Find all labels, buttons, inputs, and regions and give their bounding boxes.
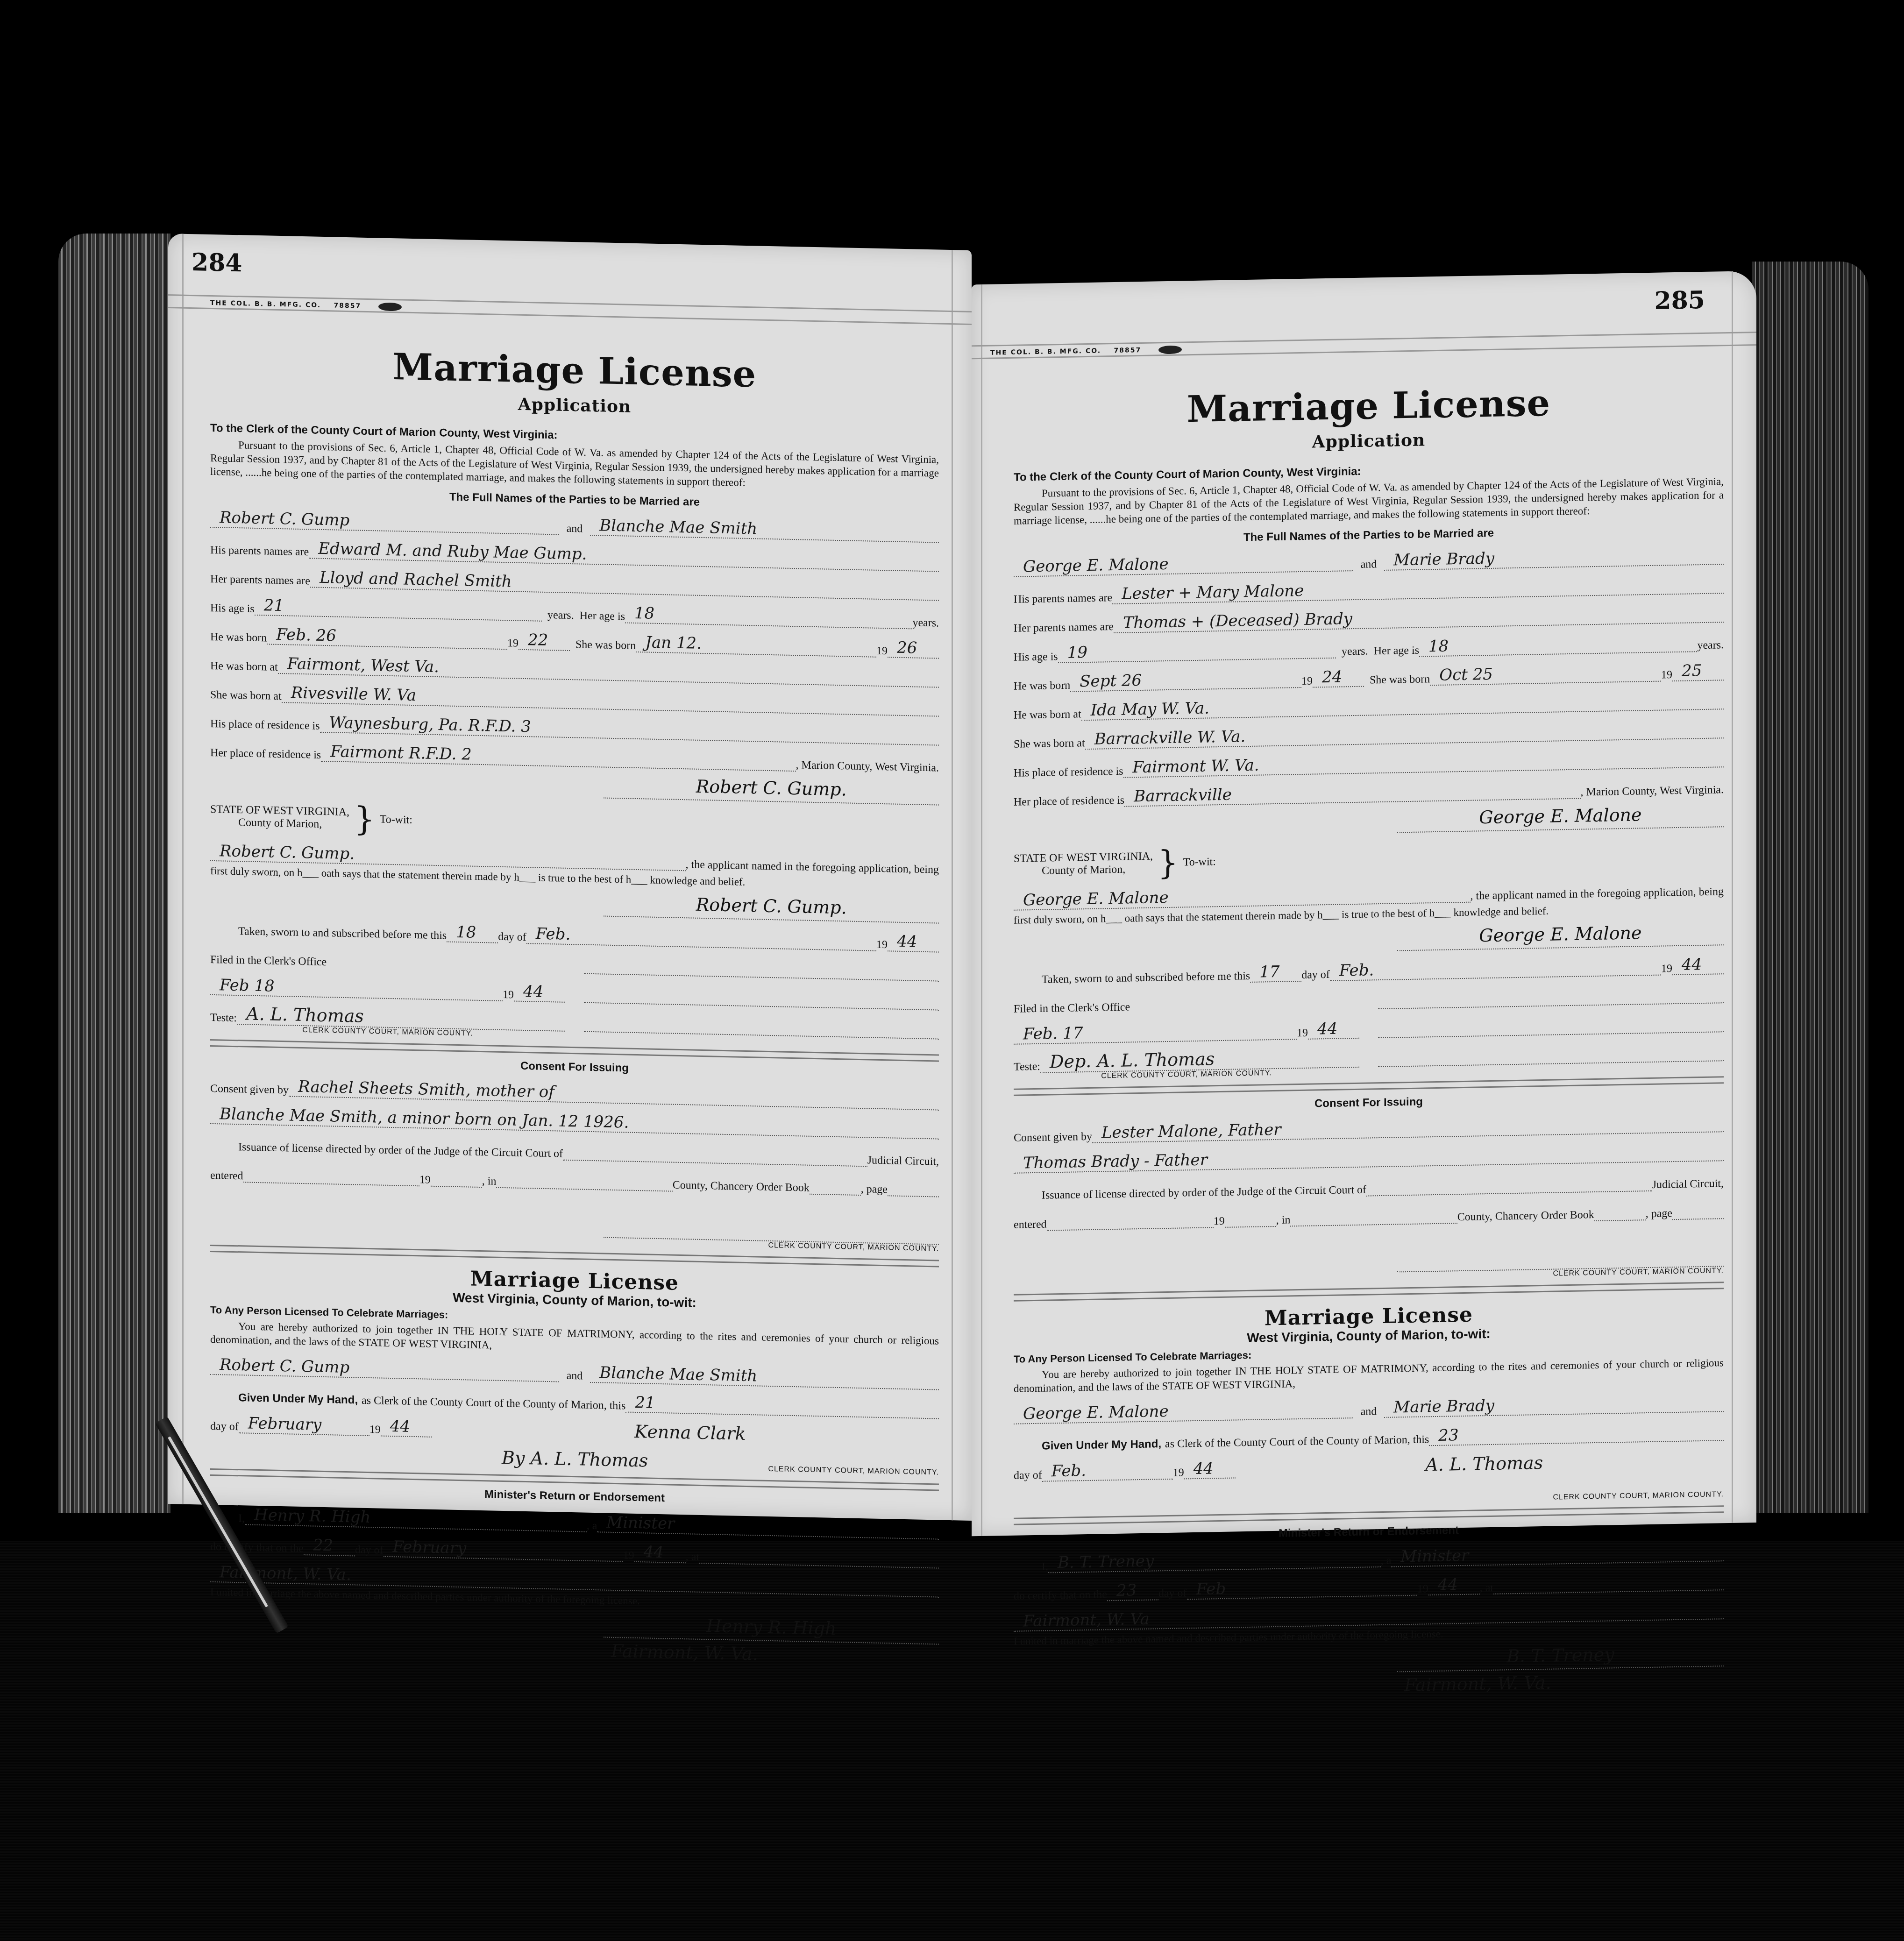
sworn-signature[interactable]: Robert C. Gump. xyxy=(604,893,939,924)
county-field[interactable] xyxy=(1290,1206,1457,1226)
year-prefix: 19 xyxy=(876,939,888,952)
book-field[interactable] xyxy=(810,1177,861,1196)
consent-row: Consent given by Lester Malone, Father xyxy=(1014,1110,1724,1145)
clerk-signature[interactable]: Kenna Clark xyxy=(432,1417,939,1448)
years-label: years. xyxy=(1342,645,1368,659)
entered-year-field[interactable] xyxy=(1225,1209,1276,1228)
county-label: County of Marion, xyxy=(238,816,349,831)
union-seal-icon xyxy=(1158,345,1182,354)
groom-name-field[interactable]: Robert C. Gump xyxy=(210,508,559,535)
taken-day-field[interactable]: 17 xyxy=(1250,962,1301,983)
his-residence-row: His place of residence is Fairmont W. Va… xyxy=(1014,745,1724,780)
year-prefix: 19 xyxy=(369,1424,381,1437)
his-parents-field[interactable]: Lester + Mary Malone xyxy=(1112,574,1724,604)
form-number: 78857 xyxy=(1114,347,1142,354)
county-suffix: , Marion County, West Virginia. xyxy=(796,759,939,774)
filed-date-row: Feb. 17 19 44 xyxy=(1014,1016,1359,1045)
taken-day-field[interactable]: 18 xyxy=(447,922,498,943)
teste-label: Teste: xyxy=(210,1012,237,1025)
he-born-date-field[interactable]: Feb. 26 xyxy=(267,625,507,650)
and-label: and xyxy=(567,1370,583,1383)
to-wit-label: To-wit: xyxy=(1183,856,1216,869)
margin-rule xyxy=(182,234,184,1504)
license-groom-field[interactable]: George E. Malone xyxy=(1014,1399,1353,1424)
day-of-label: day of xyxy=(1158,1587,1187,1600)
his-parents-row: His parents names are Lester + Mary Malo… xyxy=(1014,571,1724,606)
married-year-field[interactable]: 44 xyxy=(634,1543,686,1563)
license-parties-row: George E. Malone and Marie Brady xyxy=(1014,1389,1724,1424)
blank-line xyxy=(584,955,939,982)
entered-field[interactable] xyxy=(243,1165,419,1186)
license-bride-field[interactable]: Marie Brady xyxy=(1384,1392,1724,1418)
form-content: Marriage License Application To the Cler… xyxy=(210,342,939,1668)
his-residence-field[interactable]: Fairmont W. Va. xyxy=(1123,748,1724,778)
she-born-at-label: She was born at xyxy=(210,689,282,703)
license-bride-field[interactable]: Blanche Mae Smith xyxy=(590,1363,939,1390)
consent-label: Consent given by xyxy=(1014,1131,1092,1145)
form-title: Marriage License xyxy=(1014,379,1724,434)
minister-i-label: I, xyxy=(238,1512,245,1525)
day-of-label: day of xyxy=(210,1420,239,1433)
years-label: years. xyxy=(547,609,574,622)
applicant-text: , the applicant named in the foregoing a… xyxy=(686,858,939,876)
certify-label: do certify that on the xyxy=(1014,1588,1107,1602)
issuance-row: Issuance of license directed by order of… xyxy=(1014,1168,1724,1203)
she-born-date-field[interactable]: Jan 12. xyxy=(636,633,876,658)
year-prefix: 19 xyxy=(1173,1466,1184,1479)
filed-block: Filed in the Clerk's Office Feb. 17 19 4… xyxy=(1014,974,1724,1082)
applicant-text: , the applicant named in the foregoing a… xyxy=(1471,885,1724,902)
clerk-caption: CLERK COUNTY COURT, MARION COUNTY. xyxy=(768,1465,939,1477)
given-date-row: day of Feb. 19 44 A. L. Thomas xyxy=(1014,1447,1724,1482)
given-text: as Clerk of the County Court of the Coun… xyxy=(1165,1433,1429,1451)
given-day-field[interactable]: 23 xyxy=(1429,1421,1724,1446)
he-born-year-field[interactable]: 24 xyxy=(1313,667,1364,688)
consent-line1-field[interactable]: Lester Malone, Father xyxy=(1092,1112,1724,1143)
minister-signature[interactable]: B. T. Treney xyxy=(1397,1642,1724,1672)
married-month-field[interactable]: February xyxy=(384,1537,623,1562)
license-groom-field[interactable]: Robert C. Gump xyxy=(210,1355,559,1382)
blank-line xyxy=(1378,1013,1724,1038)
brace-glyph: } xyxy=(354,802,375,836)
form-content: Marriage License Application To the Cler… xyxy=(1014,379,1724,1702)
he-born-at-field[interactable]: Ida May W. Va. xyxy=(1081,690,1724,721)
filed-label: Filed in the Clerk's Office xyxy=(210,944,565,974)
right-page: 285 THE COL. B. B. MFG. CO. 78857 Marria… xyxy=(972,271,1756,1536)
minister-signature[interactable]: Henry R. High xyxy=(604,1614,939,1645)
year-prefix: 19 xyxy=(507,637,519,650)
his-age-label: His age is xyxy=(210,602,255,616)
she-born-label: She was born xyxy=(575,638,636,652)
margin-rule xyxy=(1732,271,1733,1523)
he-born-label: He was born xyxy=(1014,680,1070,693)
she-born-at-row: She was born at Barrackville W. Va. xyxy=(1014,716,1724,751)
year-prefix: 19 xyxy=(623,1549,634,1562)
entered-field[interactable] xyxy=(1047,1210,1214,1231)
to-wit-label: To-wit: xyxy=(380,813,412,826)
given-month-field[interactable]: Feb. xyxy=(1042,1460,1173,1482)
married-day-field[interactable]: 23 xyxy=(1107,1580,1158,1601)
given-month-field[interactable]: February xyxy=(239,1414,369,1436)
her-residence-label: Her place of residence is xyxy=(1014,794,1124,809)
bride-name-field[interactable]: Marie Brady xyxy=(1384,545,1724,571)
chancery-label: County, Chancery Order Book xyxy=(1457,1209,1594,1224)
state-block: STATE OF WEST VIRGINIA, County of Marion… xyxy=(1014,836,1724,882)
judicial-circuit-label: Judicial Circuit, xyxy=(1652,1177,1724,1191)
header-rule xyxy=(168,294,972,325)
applicant-signature[interactable]: George E. Malone xyxy=(1397,803,1724,833)
married-year-field[interactable]: 44 xyxy=(1428,1575,1480,1595)
day-of-label: day of xyxy=(1014,1469,1042,1482)
her-parents-label: Her parents names are xyxy=(1014,621,1114,635)
given-year-field[interactable]: 44 xyxy=(1184,1459,1236,1479)
county-label: County of Marion, xyxy=(1042,863,1153,878)
given-row: Given Under My Hand, as Clerk of the Cou… xyxy=(1014,1418,1724,1453)
manufacturer-name: THE COL. B. B. MFG. CO. xyxy=(990,347,1101,356)
her-residence-field[interactable]: Fairmont R.F.D. 2 xyxy=(321,742,796,772)
filed-year-field[interactable]: 44 xyxy=(1308,1019,1359,1040)
his-parents-label: His parents names are xyxy=(210,544,309,559)
page-label: , page xyxy=(1646,1207,1672,1220)
and-label: and xyxy=(1361,558,1377,571)
years-label: years. xyxy=(912,616,939,630)
applicant-signature[interactable]: Robert C. Gump. xyxy=(604,774,939,806)
preamble: Pursuant to the provisions of Sec. 6, Ar… xyxy=(1014,475,1724,528)
her-parents-label: Her parents names are xyxy=(210,573,310,588)
deputy-row: CLERK COUNTY COURT, MARION COUNTY. xyxy=(1014,1476,1724,1511)
filed-date-field[interactable]: Feb 18 xyxy=(210,976,503,1001)
consent-line2-field[interactable]: Thomas Brady - Father xyxy=(1014,1141,1724,1174)
year-prefix: 19 xyxy=(1661,669,1672,681)
her-age-field[interactable]: 18 xyxy=(625,603,912,629)
he-born-at-row: He was born at Ida May W. Va. xyxy=(1014,687,1724,722)
deputy-signature[interactable] xyxy=(1014,1485,1553,1511)
day-of-label: day of xyxy=(498,931,526,944)
she-born-year-field[interactable]: 26 xyxy=(888,638,939,659)
he-born-year-field[interactable]: 22 xyxy=(519,630,570,651)
his-age-field[interactable]: 21 xyxy=(255,596,542,622)
consent-row-2: Thomas Brady - Father xyxy=(1014,1139,1724,1174)
he-born-at-label: He was born at xyxy=(1014,708,1081,722)
year-prefix: 19 xyxy=(503,989,514,1002)
she-born-year-field[interactable]: 25 xyxy=(1672,661,1724,681)
and-label: and xyxy=(567,523,583,536)
she-born-label: She was born xyxy=(1370,673,1430,687)
brace-glyph: } xyxy=(1158,846,1179,879)
issuance-text: Issuance of license directed by order of… xyxy=(1042,1184,1366,1202)
years-label: years. xyxy=(1697,639,1724,652)
page-field[interactable] xyxy=(888,1178,939,1197)
circuit-field[interactable] xyxy=(1366,1174,1652,1197)
deputy-signature[interactable]: By A. L. Thomas xyxy=(210,1441,768,1473)
taken-year-field[interactable]: 44 xyxy=(1672,955,1724,975)
book-field[interactable] xyxy=(1594,1203,1646,1221)
year-prefix: 19 xyxy=(1301,675,1313,688)
form-number: 78857 xyxy=(334,302,362,310)
left-page-edges xyxy=(58,234,171,1513)
minister-name-field[interactable]: B. T. Treney xyxy=(1048,1548,1381,1573)
circuit-field[interactable] xyxy=(563,1143,867,1167)
minister-a-label: , a xyxy=(1381,1555,1392,1567)
at-field[interactable] xyxy=(1493,1573,1724,1594)
left-page: 284 THE COL. B. B. MFG. CO. 78857 Marria… xyxy=(168,234,972,1521)
union-seal-icon xyxy=(378,302,402,311)
his-parents-label: His parents names are xyxy=(1014,592,1112,606)
ages-row: His age is 19 years. Her age is 18 years… xyxy=(1014,629,1724,664)
at-label: , at xyxy=(1480,1582,1493,1595)
filed-year-field[interactable]: 44 xyxy=(514,982,565,1003)
blank-line xyxy=(584,984,939,1011)
state-label: STATE OF WEST VIRGINIA, xyxy=(210,803,349,819)
taken-year-field[interactable]: 44 xyxy=(888,932,939,952)
she-born-at-label: She was born at xyxy=(1014,737,1085,751)
blank-line xyxy=(1378,984,1724,1009)
married-month-field[interactable]: Feb xyxy=(1187,1576,1417,1600)
judicial-circuit-label: Judicial Circuit, xyxy=(867,1154,939,1168)
at-label: , at xyxy=(686,1551,699,1564)
county-field[interactable] xyxy=(496,1170,672,1192)
his-age-label: His age is xyxy=(1014,651,1058,664)
entered-row: entered 19 , in County, Chancery Order B… xyxy=(1014,1197,1724,1232)
minister-a-label: , a xyxy=(587,1520,597,1532)
blank-line xyxy=(584,1013,939,1040)
day-of-label: day of xyxy=(1301,969,1330,982)
consent-label: Consent given by xyxy=(210,1083,289,1097)
her-age-field[interactable]: 18 xyxy=(1419,632,1697,657)
year-prefix: 19 xyxy=(1297,1027,1308,1040)
given-text: as Clerk of the County Court of the Coun… xyxy=(362,1395,625,1413)
her-parents-field[interactable]: Thomas + (Deceased) Brady xyxy=(1114,603,1724,633)
sworn-signature[interactable]: George E. Malone xyxy=(1397,921,1724,951)
year-prefix: 19 xyxy=(1214,1215,1225,1228)
issuance-text: Issuance of license directed by order of… xyxy=(238,1141,563,1161)
year-prefix: 19 xyxy=(876,645,888,658)
in-label: , in xyxy=(482,1175,497,1188)
year-prefix: 19 xyxy=(1661,963,1672,975)
given-label: Given Under My Hand, xyxy=(1042,1438,1161,1452)
his-residence-label: His place of residence is xyxy=(210,718,320,733)
county-suffix: , Marion County, West Virginia. xyxy=(1581,784,1724,799)
clerk-signature[interactable]: A. L. Thomas xyxy=(1236,1449,1724,1478)
and-label: and xyxy=(1361,1405,1377,1418)
he-born-date-field[interactable]: Sept 26 xyxy=(1070,668,1301,692)
year-prefix: 19 xyxy=(419,1174,431,1187)
page-field[interactable] xyxy=(1672,1201,1724,1220)
at-field[interactable] xyxy=(699,1546,939,1569)
he-born-at-label: He was born at xyxy=(210,660,278,674)
state-label: STATE OF WEST VIRGINIA, xyxy=(1014,850,1153,865)
page-number: 285 xyxy=(1654,286,1705,315)
given-day-field[interactable]: 21 xyxy=(625,1393,939,1419)
right-page-edges xyxy=(1752,262,1868,1513)
her-age-label: Her age is xyxy=(580,609,625,623)
he-born-label: He was born xyxy=(210,631,267,645)
page-label: , page xyxy=(861,1183,888,1196)
entered-label: entered xyxy=(210,1169,243,1183)
minister-i-label: I, xyxy=(1042,1560,1048,1573)
filed-block: Filed in the Clerk's Office Feb 18 19 44… xyxy=(210,937,939,1048)
certify-row: do certify that on the 23 day of Feb 19 … xyxy=(1014,1568,1724,1603)
entered-label: entered xyxy=(1014,1218,1047,1232)
minister-title-field[interactable]: Minister xyxy=(1391,1542,1724,1567)
groom-name-field[interactable]: George E. Malone xyxy=(1014,552,1353,577)
filed-label: Filed in the Clerk's Office xyxy=(1014,987,1359,1016)
her-parents-row: Her parents names are Thomas + (Deceased… xyxy=(1014,600,1724,635)
entered-year-field[interactable] xyxy=(431,1169,482,1188)
minister-title-field[interactable]: Minister xyxy=(597,1513,939,1539)
bride-name-field[interactable]: Blanche Mae Smith xyxy=(590,516,939,543)
parties-row: George E. Malone and Marie Brady xyxy=(1014,542,1724,577)
state-block: STATE OF WEST VIRGINIA, County of Marion… xyxy=(210,800,939,848)
his-residence-label: His place of residence is xyxy=(1014,765,1123,780)
page-number: 284 xyxy=(192,248,242,277)
her-age-label: Her age is xyxy=(1374,645,1419,658)
minister-row: I, B. T. Treney , a Minister xyxy=(1014,1539,1724,1574)
day-of-label: day of xyxy=(355,1544,384,1557)
clerk-caption: CLERK COUNTY COURT, MARION COUNTY. xyxy=(1553,1490,1724,1502)
margin-rule xyxy=(981,284,982,1536)
his-age-field[interactable]: 19 xyxy=(1058,639,1336,663)
in-label: , in xyxy=(1276,1214,1291,1227)
she-born-date-field[interactable]: Oct 25 xyxy=(1430,662,1661,686)
year-prefix: 19 xyxy=(1417,1583,1428,1595)
chancery-label: County, Chancery Order Book xyxy=(673,1179,810,1195)
filed-date-row: Feb 18 19 44 xyxy=(210,973,565,1003)
her-residence-label: Her place of residence is xyxy=(210,747,321,762)
margin-rule xyxy=(952,250,953,1520)
blank-line xyxy=(1378,1041,1724,1067)
birth-dates-row: He was born Sept 26 19 24 She was born O… xyxy=(1014,658,1724,693)
filed-date-field[interactable]: Feb. 17 xyxy=(1014,1020,1297,1045)
minister-name-field[interactable]: Henry R. High xyxy=(245,1505,587,1532)
her-residence-field[interactable]: Barrackville xyxy=(1124,779,1580,807)
teste-label: Teste: xyxy=(1014,1061,1040,1074)
married-day-field[interactable]: 22 xyxy=(304,1536,355,1556)
her-residence-row: Her place of residence is Barrackville ,… xyxy=(1014,774,1724,809)
given-label: Given Under My Hand, xyxy=(238,1391,358,1407)
she-born-at-field[interactable]: Barrackville W. Va. xyxy=(1085,719,1724,750)
given-year-field[interactable]: 44 xyxy=(381,1417,432,1438)
